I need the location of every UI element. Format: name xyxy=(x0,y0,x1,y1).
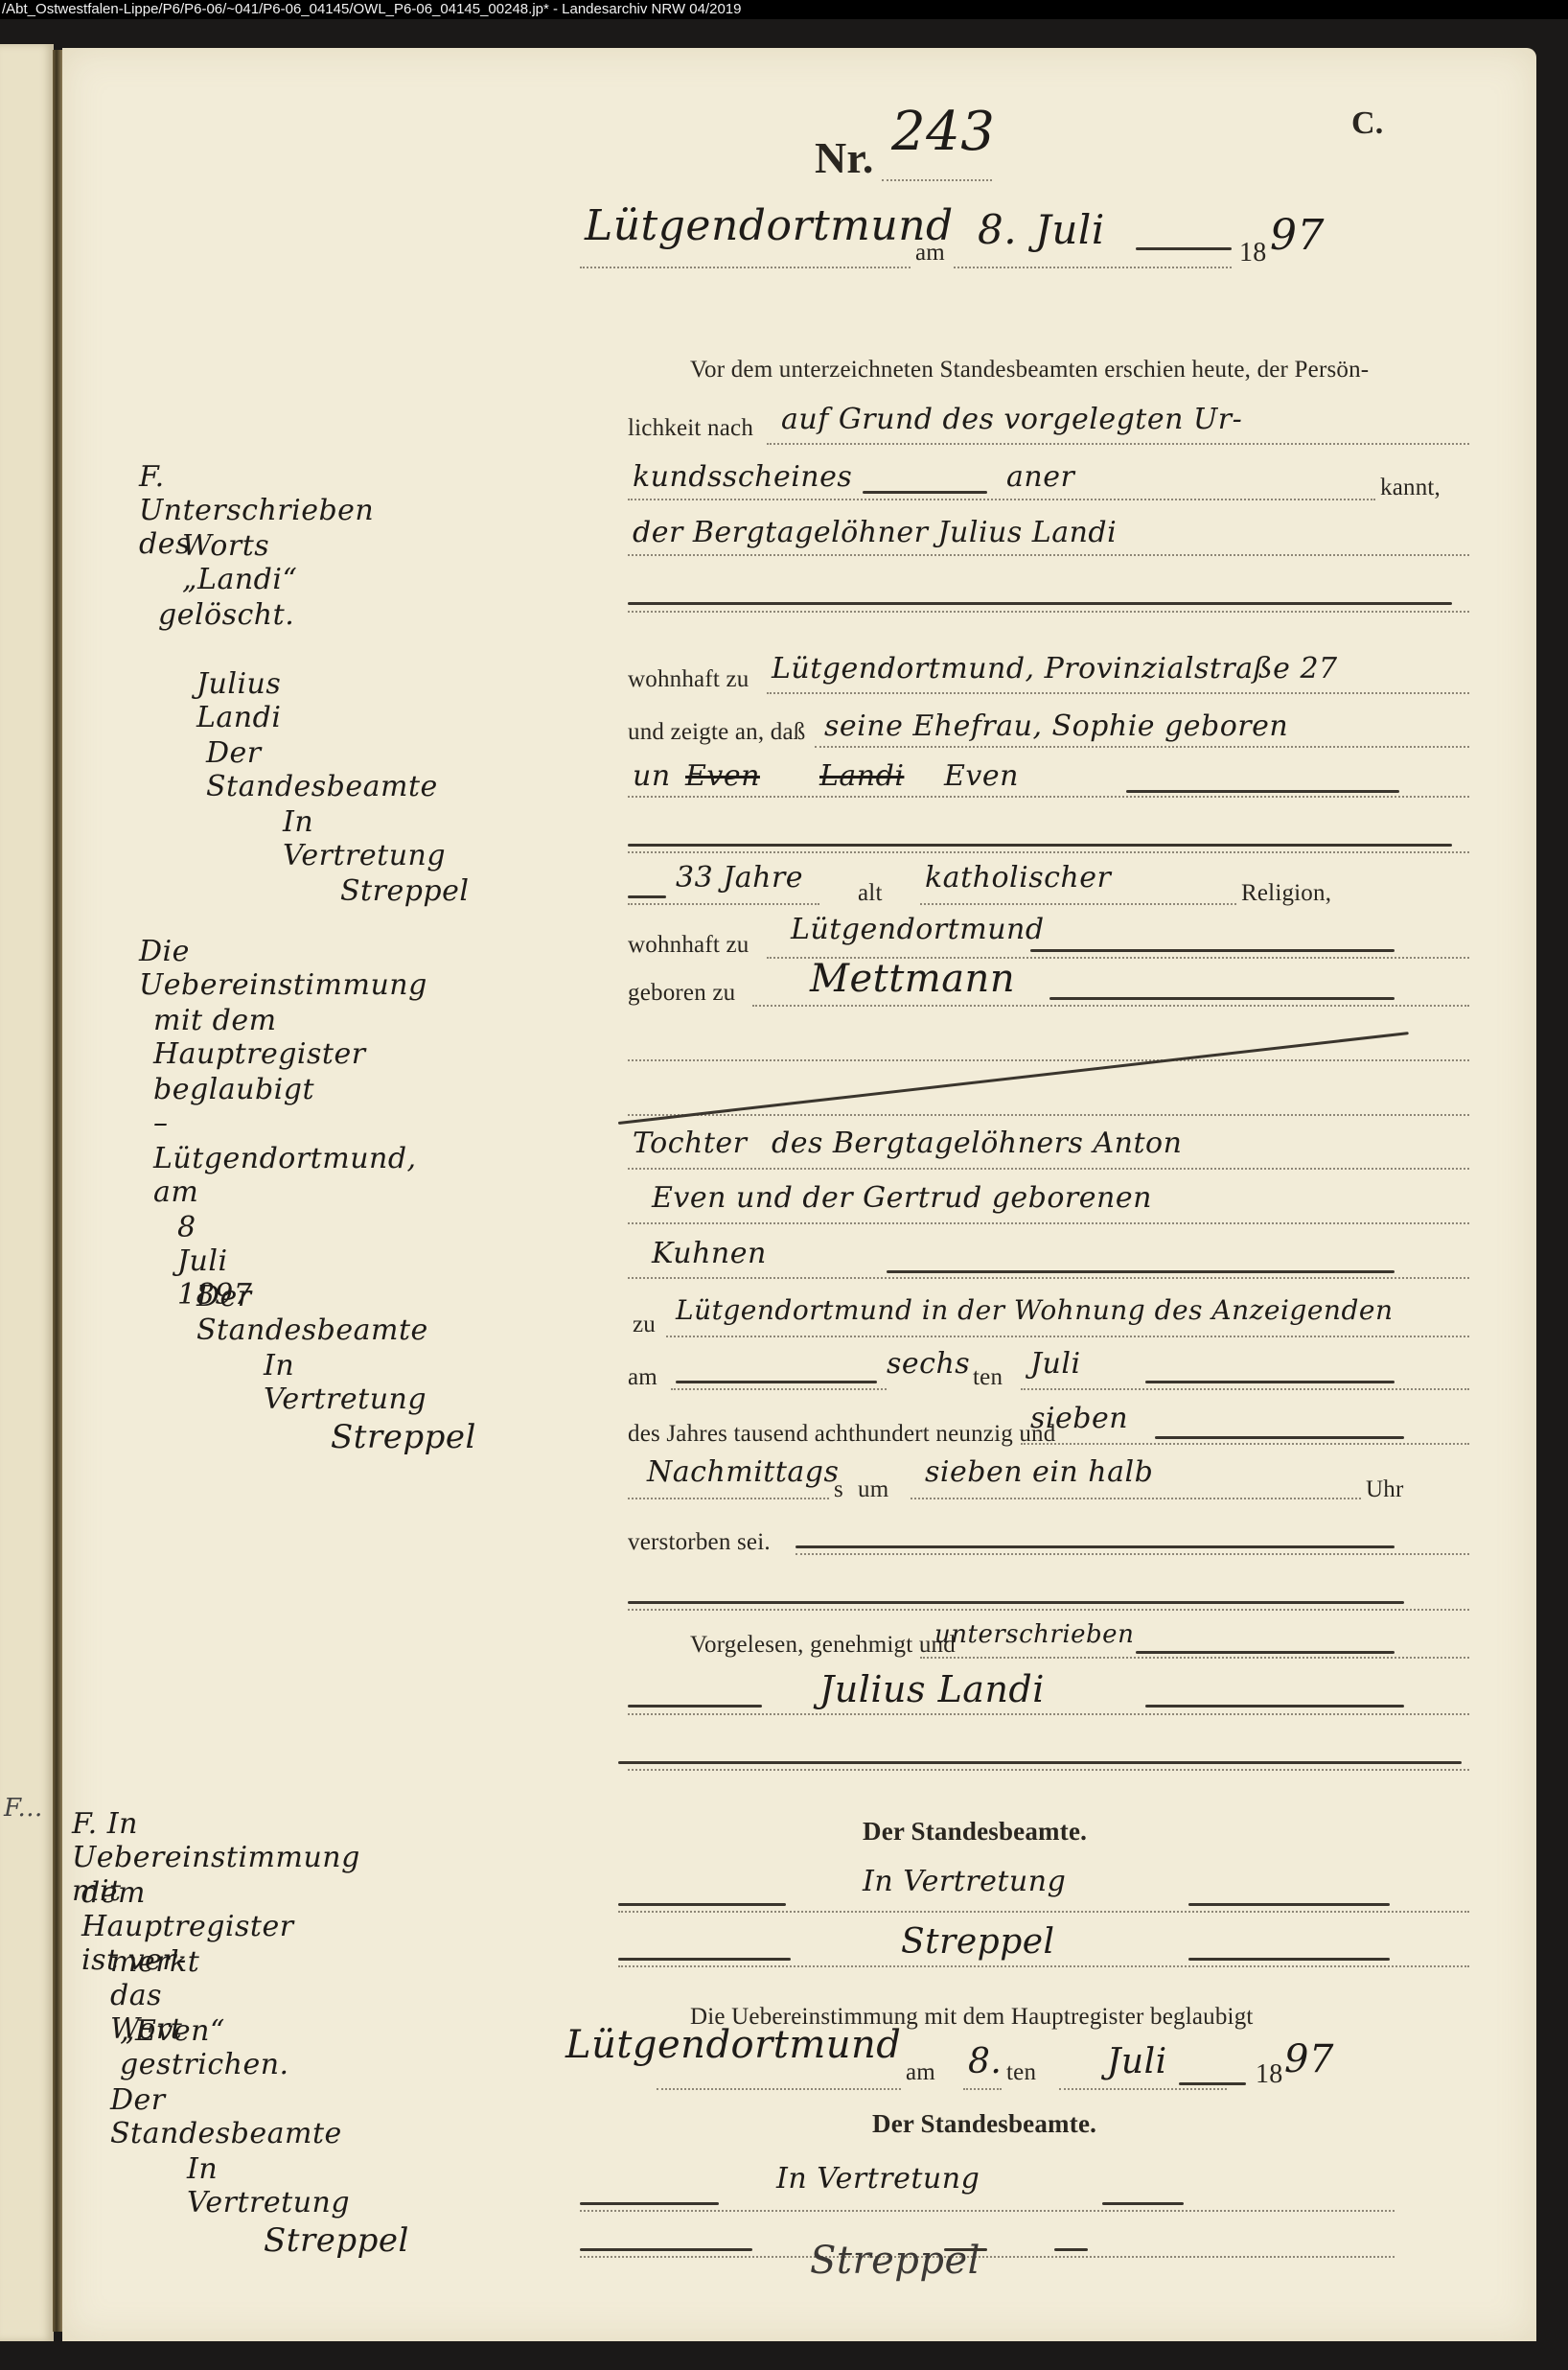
margin-note-1-line: Streppel xyxy=(340,874,469,908)
religion-label: Religion, xyxy=(1241,880,1331,907)
margin-note-3-line: Streppel xyxy=(264,2221,409,2260)
cert-month: Juli xyxy=(1107,2042,1167,2081)
identity-basis-2b: aner xyxy=(1006,460,1074,494)
parents-line-3: Kuhnen xyxy=(652,1237,767,1270)
margin-note-1-line: Der Standesbeamte xyxy=(206,736,438,803)
margin-note-3-line: „Even“ gestrichen. xyxy=(120,2014,289,2081)
record-number-label: Nr. xyxy=(815,132,874,183)
parents-line-1b: des Bergtagelöhners Anton xyxy=(772,1127,1182,1160)
margin-note-1-line: gelöscht. xyxy=(158,598,294,632)
parents-line-1a: Tochter xyxy=(633,1127,748,1160)
record-day: 8. xyxy=(978,206,1017,253)
identity-kannt: kannt, xyxy=(1380,475,1441,501)
read-approved-hand: unterschrieben xyxy=(934,1620,1134,1649)
register-page: C. Nr. 243 Lütgendortmund am 8. Juli 18 … xyxy=(62,48,1536,2341)
previous-page-edge: F... xyxy=(0,44,54,2341)
registrar-signature-1: Streppel xyxy=(901,1922,1055,1962)
year-prefix: 18 xyxy=(1239,238,1266,268)
margin-note-2-line: mit dem Hauptregister xyxy=(153,1004,366,1071)
deceased-residence-label: wohnhaft zu xyxy=(628,932,749,959)
deceased-struck-1: Even xyxy=(685,759,760,793)
record-number: 243 xyxy=(891,101,995,163)
intro-line-2: lichkeit nach xyxy=(628,415,753,442)
form-letter: C. xyxy=(1351,105,1383,142)
deceased-struck-2: Landi xyxy=(819,759,904,793)
margin-note-3-line: Der Standesbeamte xyxy=(110,2083,342,2150)
margin-note-1-line: In Vertretung xyxy=(283,805,446,872)
informant-name: der Bergtagelöhner Julius Landi xyxy=(633,516,1117,549)
margin-note-3-line: In Vertretung xyxy=(187,2152,350,2219)
death-time-of-day: Nachmittags xyxy=(647,1455,839,1489)
registrar-heading-1: Der Standesbeamte. xyxy=(863,1817,1087,1847)
record-place: Lütgendortmund xyxy=(585,201,954,250)
margin-note-2-line: Streppel xyxy=(331,1418,476,1456)
record-month: Juli xyxy=(1035,206,1105,253)
time-uhr: Uhr xyxy=(1366,1476,1403,1503)
deceased-prefix: un xyxy=(633,759,671,793)
death-month: Juli xyxy=(1030,1347,1081,1381)
margin-note-2-line: Der Standesbeamte xyxy=(196,1280,428,1347)
birthplace-label: geboren zu xyxy=(628,980,735,1007)
death-place-label: zu xyxy=(633,1312,656,1338)
deceased-residence: Lütgendortmund xyxy=(791,913,1045,946)
margin-note-1-line: Worts „Landi“ xyxy=(182,529,297,596)
cert-day: 8. xyxy=(968,2042,1002,2081)
margin-note-2-line: Lütgendortmund, am xyxy=(153,1142,417,1209)
cert-am-label: am xyxy=(906,2059,935,2086)
deceased-relation: seine Ehefrau, Sophie geboren xyxy=(824,709,1288,743)
book-gutter xyxy=(53,50,62,2332)
informant-signature: Julius Landi xyxy=(819,1668,1045,1710)
registrar-on-behalf-2: In Vertretung xyxy=(776,2162,980,2196)
informant-residence: Lütgendortmund, Provinzialstraße 27 xyxy=(772,652,1338,685)
deceased-age: 33 Jahre xyxy=(676,861,803,895)
read-approved-label: Vorgelesen, genehmigt und xyxy=(690,1632,956,1659)
year-suffix: 97 xyxy=(1270,211,1325,260)
time-s: s xyxy=(834,1476,843,1503)
death-hour: sieben ein halb xyxy=(925,1455,1153,1489)
death-day-label: am xyxy=(628,1364,657,1391)
margin-note-1-line: Julius Landi xyxy=(196,667,281,734)
death-place: Lütgendortmund in der Wohnung des Anzeig… xyxy=(676,1294,1393,1326)
cert-day-suffix: ten xyxy=(1006,2059,1036,2086)
informant-residence-label: wohnhaft zu xyxy=(628,666,749,693)
deceased-birthplace: Mettmann xyxy=(810,957,1015,1001)
window-title-bar: /Abt_Ostwestfalen-Lippe/P6/P6-06/~041/P6… xyxy=(0,0,1568,19)
cert-year-suffix: 97 xyxy=(1284,2037,1334,2081)
death-year-printed: des Jahres tausend achthundert neunzig u… xyxy=(628,1421,1055,1448)
intro-line-1: Vor dem unterzeichneten Standesbeamten e… xyxy=(690,357,1369,383)
registrar-on-behalf-1: In Vertretung xyxy=(863,1865,1066,1898)
deceased-religion: katholischer xyxy=(925,861,1111,895)
deceased-maiden-name: Even xyxy=(944,759,1019,793)
age-alt-label: alt xyxy=(858,880,883,907)
previous-page-mark: F... xyxy=(4,1794,43,1823)
identity-basis-2: kundsscheines xyxy=(633,460,852,494)
cert-place: Lütgendortmund xyxy=(565,2023,901,2067)
registrar-signature-2: Streppel xyxy=(810,2239,980,2283)
registrar-heading-2: Der Standesbeamte. xyxy=(872,2109,1096,2139)
death-day-suffix: ten xyxy=(973,1364,1003,1391)
death-year-hand: sieben xyxy=(1030,1402,1128,1435)
margin-note-2-line: beglaubigt – xyxy=(153,1073,314,1140)
time-um: um xyxy=(858,1476,888,1503)
date-am-label: am xyxy=(915,240,945,267)
margin-note-2-line: In Vertretung xyxy=(264,1349,427,1416)
death-day: sechs xyxy=(887,1347,970,1381)
died-label: verstorben sei. xyxy=(628,1529,771,1556)
window-title: /Abt_Ostwestfalen-Lippe/P6/P6-06/~041/P6… xyxy=(2,1,742,17)
margin-note-2-line: Die Uebereinstimmung xyxy=(139,935,427,1002)
cert-year-prefix: 18 xyxy=(1256,2059,1282,2090)
parents-line-2: Even und der Gertrud geborenen xyxy=(652,1181,1152,1215)
identity-basis-1: auf Grund des vorgelegten Ur- xyxy=(781,403,1242,436)
announcement-label: und zeigte an, daß xyxy=(628,719,805,746)
